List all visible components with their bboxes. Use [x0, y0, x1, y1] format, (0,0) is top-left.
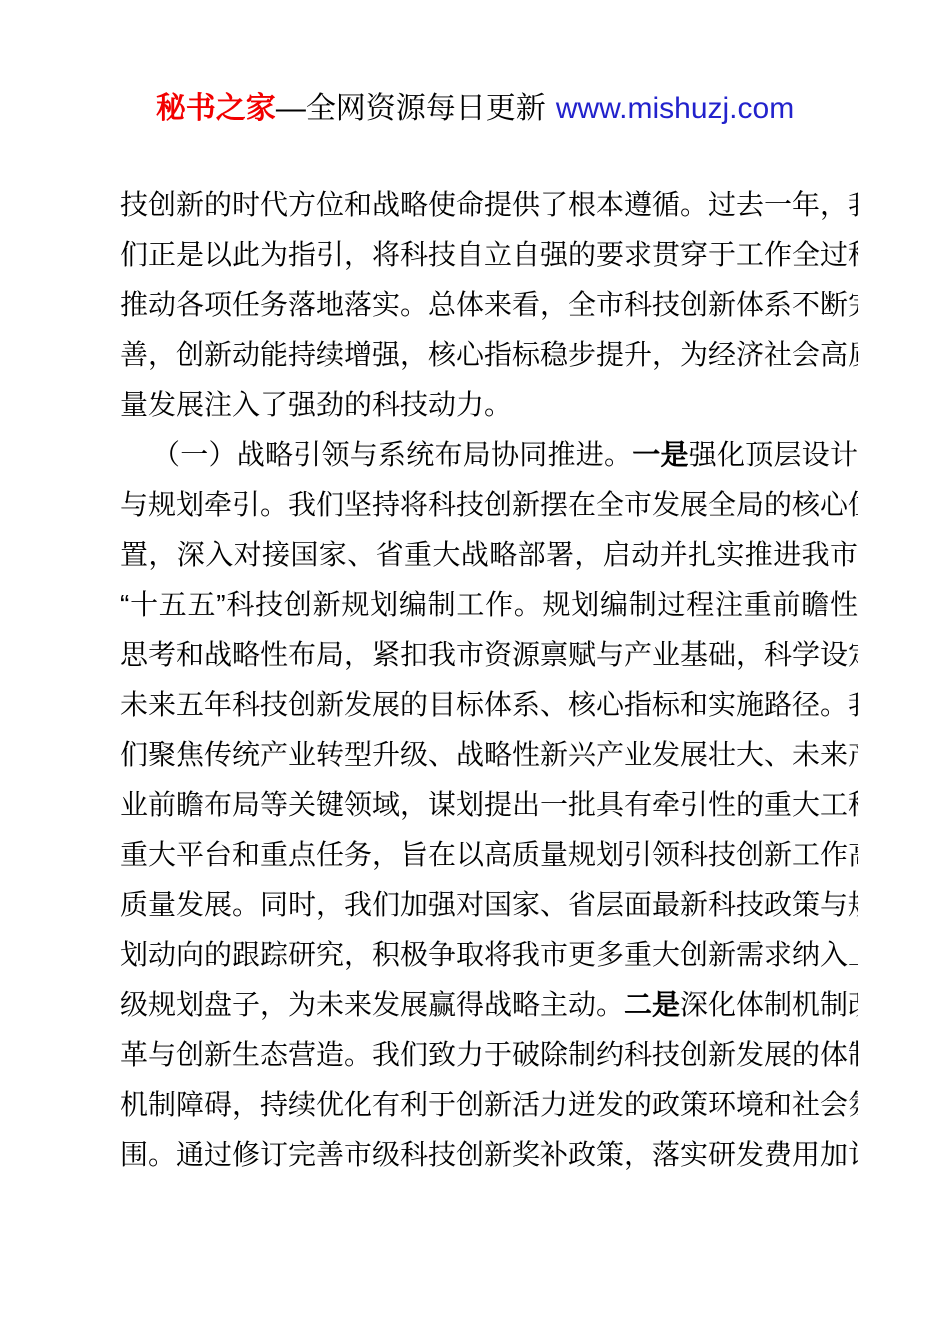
text-line: 革与创新生态营造。我们致力于破除制约科技创新发展的体制: [120, 1030, 858, 1080]
text-line: 质量发展。同时，我们加强对国家、省层面最新科技政策与规: [120, 880, 858, 930]
text-line: 们聚焦传统产业转型升级、战略性新兴产业发展壮大、未来产: [120, 730, 858, 780]
text-line-with-bold: 级规划盘子，为未来发展赢得战略主动。二是深化体制机制改: [120, 980, 858, 1030]
document-page: 秘书之家—全网资源每日更新www.mishuzj.com 技创新的时代方位和战略…: [0, 0, 950, 1344]
site-brand: 秘书之家: [156, 92, 276, 125]
text-line: 推动各项任务落地落实。总体来看，全市科技创新体系不断完: [120, 280, 858, 330]
text-line: 技创新的时代方位和战略使命提供了根本遵循。过去一年，我: [120, 180, 858, 230]
section-number-text: （一）战略引领与系统布局协同推进。: [152, 439, 632, 470]
text-segment: 深化体制机制改: [680, 989, 858, 1020]
bold-marker-text: 二是: [624, 989, 680, 1020]
page-header: 秘书之家—全网资源每日更新www.mishuzj.com: [0, 83, 950, 127]
section-heading-line: （一）战略引领与系统布局协同推进。一是强化顶层设计: [120, 430, 858, 480]
text-line: 善，创新动能持续增强，核心指标稳步提升，为经济社会高质: [120, 330, 858, 380]
text-line: 围。通过修订完善市级科技创新奖补政策，落实研发费用加计: [120, 1130, 858, 1180]
text-line: 重大平台和重点任务，旨在以高质量规划引领科技创新工作高: [120, 830, 858, 880]
text-segment: 级规划盘子，为未来发展赢得战略主动。: [120, 989, 624, 1020]
text-line: 们正是以此为指引，将科技自立自强的要求贯穿于工作全过程，: [120, 230, 858, 280]
header-tagline: 全网资源每日更新: [306, 92, 546, 125]
text-line: 思考和战略性布局，紧扣我市资源禀赋与产业基础，科学设定: [120, 630, 858, 680]
text-line: 置，深入对接国家、省重大战略部署，启动并扎实推进我市: [120, 530, 858, 580]
text-line: 业前瞻布局等关键领域，谋划提出一批具有牵引性的重大工程、: [120, 780, 858, 830]
text-line: 机制障碍，持续优化有利于创新活力迸发的政策环境和社会氛: [120, 1080, 858, 1130]
site-url-link[interactable]: www.mishuzj.com: [556, 92, 794, 125]
text-line: 与规划牵引。我们坚持将科技创新摆在全市发展全局的核心位: [120, 480, 858, 530]
text-line: 未来五年科技创新发展的目标体系、核心指标和实施路径。我: [120, 680, 858, 730]
document-body: 技创新的时代方位和战略使命提供了根本遵循。过去一年，我 们正是以此为指引，将科技…: [120, 180, 858, 1180]
header-dash: —: [276, 92, 306, 125]
text-line: “十五五”科技创新规划编制工作。规划编制过程注重前瞻性: [120, 580, 858, 630]
text-line: 划动向的跟踪研究，积极争取将我市更多重大创新需求纳入上: [120, 930, 858, 980]
paragraph-end-line: 量发展注入了强劲的科技动力。: [120, 380, 858, 430]
text-segment: 强化顶层设计: [689, 439, 858, 470]
bold-marker-text: 一是: [632, 439, 689, 470]
